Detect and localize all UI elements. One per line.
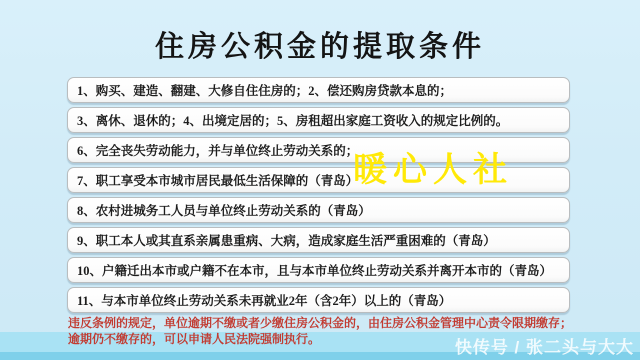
list-item: 1、购买、建造、翻建、大修自住住房的；2、偿还购房贷款本息的； (67, 77, 570, 103)
publisher-watermark: 快传号 / 张二头与大大 (455, 333, 634, 358)
list-item: 8、农村进城务工人员与单位终止劳动关系的（青岛） (67, 197, 570, 223)
list-item: 10、户籍迁出本市或户籍不在本市，且与本市单位终止劳动关系并离开本市的（青岛） (67, 257, 570, 283)
conditions-list: 1、购买、建造、翻建、大修自住住房的；2、偿还购房贷款本息的； 3、离休、退休的… (67, 77, 570, 317)
list-item: 3、离休、退休的；4、出境定居的；5、房租超出家庭工资收入的规定比例的。 (67, 107, 570, 133)
list-item: 11、与本市单位终止劳动关系未再就业2年（含2年）以上的（青岛） (67, 287, 570, 313)
infographic-canvas: 住房公积金的提取条件 1、购买、建造、翻建、大修自住住房的；2、偿还购房贷款本息… (0, 0, 640, 360)
list-item: 9、职工本人或其直系亲属患重病、大病，造成家庭生活严重困难的（青岛） (67, 227, 570, 253)
page-title: 住房公积金的提取条件 (0, 24, 640, 65)
center-watermark: 暖心人社 (353, 142, 513, 191)
footer-notice-line1: 违反条例的规定，单位逾期不缴或者少缴住房公积金的，由住房公积金管理中心责令限期缴… (68, 316, 572, 332)
